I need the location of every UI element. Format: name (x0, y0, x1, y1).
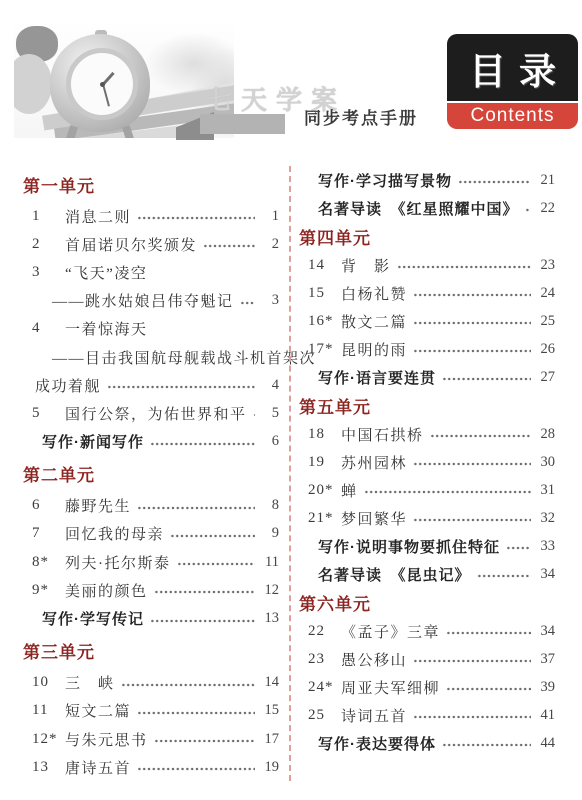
entry-title: 三 峡 (65, 672, 115, 693)
unit-heading: 第二单元 (23, 456, 279, 492)
dot-leader (525, 207, 531, 213)
unit-heading-label: 第三单元 (23, 638, 95, 663)
entry-title: 消息二则 (65, 206, 131, 227)
unit-heading: 第四单元 (299, 222, 555, 251)
unit-heading: 第六单元 (299, 588, 555, 617)
lesson-number: 7 (32, 525, 65, 542)
unit-heading-label: 第六单元 (299, 590, 371, 615)
entry-title: 散文二篇 (341, 311, 407, 332)
lesson-number: 10 (32, 674, 65, 691)
clock-face (66, 48, 138, 120)
lesson-number: 17* (308, 341, 341, 358)
toc-entry: 1消息二则1 (23, 202, 279, 230)
toc-entry: 23愚公移山37 (299, 645, 555, 673)
page-number: 21 (537, 172, 555, 189)
page-number: 14 (261, 674, 279, 691)
writing-entry: 写作·学习描写景物21 (299, 166, 555, 194)
entry-continuation-line: 成功着舰4 (23, 371, 279, 399)
toc-entry: 17*昆明的雨26 (299, 335, 555, 363)
entry-continuation-line: ——目击我国航母舰载战斗机首架次 (23, 343, 279, 371)
alarm-clock-icon (50, 32, 152, 136)
dot-leader (413, 714, 531, 720)
dot-leader (253, 412, 255, 418)
page-number: 11 (261, 554, 279, 571)
writing-entry: 写作·表达要得体44 (299, 729, 555, 757)
page-number: 5 (261, 405, 279, 422)
entry-title: 愚公移山 (341, 649, 407, 670)
toc-entry: 22《孟子》三章34 (299, 617, 555, 645)
lesson-number: 2 (32, 236, 65, 253)
entry-title: 蝉 (341, 480, 358, 501)
lesson-number: 11 (32, 702, 65, 719)
page-number: 8 (261, 497, 279, 514)
toc-page: 七天学案 同步考点手册 目录 Contents 第一单元1消息二则12首届诺贝尔… (0, 0, 582, 800)
dot-leader (137, 766, 255, 772)
writing-entry: 写作·新闻写作6 (23, 428, 279, 456)
entry-title: 首届诺贝尔奖颁发 (65, 234, 197, 255)
entry-title: 周亚夫军细柳 (341, 677, 440, 698)
lesson-number: 5 (32, 405, 65, 422)
dot-leader (477, 573, 531, 579)
dot-leader (413, 292, 531, 298)
page-number: 19 (261, 759, 279, 776)
toc-entry: 20*蝉31 (299, 476, 555, 504)
dot-leader (240, 300, 255, 306)
toc-entry: 8*列夫·托尔斯泰11 (23, 548, 279, 576)
lesson-number: 16* (308, 313, 341, 330)
toc-entry: 2首届诺贝尔奖颁发2 (23, 230, 279, 258)
page-number: 2 (261, 236, 279, 253)
dot-leader (442, 742, 531, 748)
page-number: 30 (537, 454, 555, 471)
toc-entry: 18中国石拱桥28 (299, 420, 555, 448)
dot-leader (154, 589, 255, 595)
entry-title: 名著导读 《红星照耀中国》 (318, 198, 519, 219)
unit-heading-label: 第二单元 (23, 461, 95, 486)
toc-entry: 12*与朱元思书17 (23, 725, 279, 753)
dot-leader (458, 179, 531, 185)
lesson-number: 1 (32, 208, 65, 225)
page-number: 41 (537, 707, 555, 724)
dot-leader (430, 433, 531, 439)
page-number: 3 (261, 292, 279, 309)
lesson-number: 18 (308, 426, 341, 443)
lesson-number: 4 (32, 320, 65, 337)
writing-entry: 名著导读 《红星照耀中国》22 (299, 194, 555, 222)
entry-title: 梦回繁华 (341, 508, 407, 529)
entry-title: 白杨礼赞 (341, 283, 407, 304)
entry-title: 写作·说明事物要抓住特征 (318, 536, 500, 557)
entry-title: ——跳水姑娘吕伟夺魁记 (52, 290, 234, 311)
page-number: 17 (261, 731, 279, 748)
writing-entry: 写作·说明事物要抓住特征33 (299, 532, 555, 560)
toc-entry: 4一着惊海天 (23, 315, 279, 343)
lesson-number: 3 (32, 264, 65, 281)
entry-title: 美丽的颜色 (65, 580, 148, 601)
dot-leader (413, 348, 531, 354)
lesson-number: 20* (308, 482, 341, 499)
entry-title: 苏州园林 (341, 452, 407, 473)
lesson-number: 15 (308, 285, 341, 302)
entry-title: 写作·学写传记 (42, 608, 144, 629)
lesson-number: 19 (308, 454, 341, 471)
page-number: 34 (537, 566, 555, 583)
dot-leader (397, 264, 531, 270)
entry-title: 唐诗五首 (65, 757, 131, 778)
entry-title: “飞天”凌空 (65, 262, 147, 283)
toc-entry: 11短文二篇15 (23, 697, 279, 725)
lesson-number: 14 (308, 257, 341, 274)
dot-leader (442, 376, 531, 382)
lesson-number: 9* (32, 582, 65, 599)
entry-title: 写作·语言要连贯 (318, 367, 436, 388)
series-subtitle: 同步考点手册 (304, 104, 418, 129)
toc-entry: 15白杨礼赞24 (299, 279, 555, 307)
toc-entry: 6藤野先生8 (23, 492, 279, 520)
page-number: 25 (537, 313, 555, 330)
toc-entry: 24*周亚夫军细柳39 (299, 673, 555, 701)
dot-leader (154, 738, 255, 744)
lesson-number: 13 (32, 759, 65, 776)
entry-title: 国行公祭，为佑世界和平 (65, 403, 247, 424)
unit-heading-label: 第四单元 (299, 224, 371, 249)
dot-leader (446, 630, 531, 636)
entry-title: 昆明的雨 (341, 339, 407, 360)
clock-leg (122, 125, 134, 138)
writing-entry: 名著导读 《昆虫记》34 (299, 560, 555, 588)
brand-bar (200, 114, 285, 134)
lesson-number: 25 (308, 707, 341, 724)
page-number: 22 (537, 200, 555, 217)
page-number: 12 (261, 582, 279, 599)
entry-title: 一着惊海天 (65, 318, 148, 339)
dot-leader (107, 384, 255, 390)
entry-title: 藤野先生 (65, 495, 131, 516)
toc-column-right: 写作·学习描写景物21名著导读 《红星照耀中国》22第四单元14背 影2315白… (299, 166, 555, 757)
page-number: 4 (261, 377, 279, 394)
entry-title: 写作·新闻写作 (42, 431, 144, 452)
lesson-number: 12* (32, 731, 65, 748)
dot-leader (137, 215, 255, 221)
lesson-number: 23 (308, 651, 341, 668)
lesson-number: 8* (32, 554, 65, 571)
unit-heading: 第五单元 (299, 391, 555, 420)
page-number: 34 (537, 623, 555, 640)
toc-entry: 16*散文二篇25 (299, 307, 555, 335)
lesson-number: 6 (32, 497, 65, 514)
entry-title: 诗词五首 (341, 705, 407, 726)
page-number: 28 (537, 426, 555, 443)
toc-entry: 5国行公祭，为佑世界和平5 (23, 399, 279, 427)
dot-leader (203, 243, 255, 249)
toc-column-left: 第一单元1消息二则12首届诺贝尔奖颁发23“飞天”凌空——跳水姑娘吕伟夺魁记34… (23, 166, 279, 781)
toc-title: 目录 (447, 34, 578, 101)
page-number: 31 (537, 482, 555, 499)
entry-title: 与朱元思书 (65, 729, 148, 750)
unit-heading: 第一单元 (23, 166, 279, 202)
entry-title: 《孟子》三章 (341, 621, 440, 642)
dot-leader (413, 517, 531, 523)
dot-leader (137, 710, 255, 716)
page-number: 13 (261, 610, 279, 627)
toc-entry: 9*美丽的颜色12 (23, 576, 279, 604)
dot-leader (170, 533, 255, 539)
writing-entry: 写作·语言要连贯27 (299, 363, 555, 391)
clock-center-pin (100, 82, 105, 87)
lesson-number: 22 (308, 623, 341, 640)
page-number: 26 (537, 341, 555, 358)
entry-title: 成功着舰 (35, 375, 101, 396)
photo-soft-blob (14, 54, 52, 114)
entry-title: ——目击我国航母舰载战斗机首架次 (52, 347, 316, 368)
toc-entry: 25诗词五首41 (299, 701, 555, 729)
dot-leader (177, 561, 256, 567)
dot-leader (364, 489, 531, 495)
page-number: 9 (261, 525, 279, 542)
entry-continuation-line: ——跳水姑娘吕伟夺魁记3 (23, 287, 279, 315)
entry-title: 写作·表达要得体 (318, 733, 436, 754)
page-number: 23 (537, 257, 555, 274)
unit-heading: 第三单元 (23, 633, 279, 669)
toc-columns: 第一单元1消息二则12首届诺贝尔奖颁发23“飞天”凌空——跳水姑娘吕伟夺魁记34… (23, 166, 555, 781)
page-number: 44 (537, 735, 555, 752)
unit-heading-label: 第五单元 (299, 393, 371, 418)
dot-leader (413, 320, 531, 326)
dot-leader (137, 505, 255, 511)
clock-minute-hand (102, 84, 110, 107)
page-number: 15 (261, 702, 279, 719)
entry-title: 名著导读 《昆虫记》 (318, 564, 471, 585)
page-number: 27 (537, 369, 555, 386)
page-number: 1 (261, 208, 279, 225)
page-number: 6 (261, 433, 279, 450)
dot-leader (150, 441, 255, 447)
toc-entry: 19苏州园林30 (299, 448, 555, 476)
entry-title: 写作·学习描写景物 (318, 170, 452, 191)
page-number: 39 (537, 679, 555, 696)
dot-leader (413, 461, 531, 467)
lesson-number: 24* (308, 679, 341, 696)
toc-entry: 21*梦回繁华32 (299, 504, 555, 532)
toc-entry: 3“飞天”凌空 (23, 258, 279, 286)
toc-title-box: 目录 Contents (447, 34, 578, 135)
page-number: 32 (537, 510, 555, 527)
toc-entry: 10三 峡14 (23, 669, 279, 697)
dot-leader (446, 686, 531, 692)
writing-entry: 写作·学写传记13 (23, 604, 279, 632)
page-number: 37 (537, 651, 555, 668)
entry-title: 短文二篇 (65, 700, 131, 721)
entry-title: 回忆我的母亲 (65, 523, 164, 544)
column-divider (289, 166, 291, 781)
entry-title: 列夫·托尔斯泰 (65, 552, 171, 573)
page-number: 33 (537, 538, 555, 555)
dot-leader (121, 682, 255, 688)
toc-entry: 7回忆我的母亲9 (23, 520, 279, 548)
entry-title: 背 影 (341, 255, 391, 276)
unit-heading-label: 第一单元 (23, 172, 95, 197)
toc-entry: 13唐诗五首19 (23, 753, 279, 781)
page-number: 24 (537, 285, 555, 302)
dot-leader (150, 618, 255, 624)
dot-leader (506, 545, 531, 551)
toc-entry: 14背 影23 (299, 251, 555, 279)
lesson-number: 21* (308, 510, 341, 527)
entry-title: 中国石拱桥 (341, 424, 424, 445)
dot-leader (413, 658, 531, 664)
toc-subtitle: Contents (447, 103, 578, 129)
